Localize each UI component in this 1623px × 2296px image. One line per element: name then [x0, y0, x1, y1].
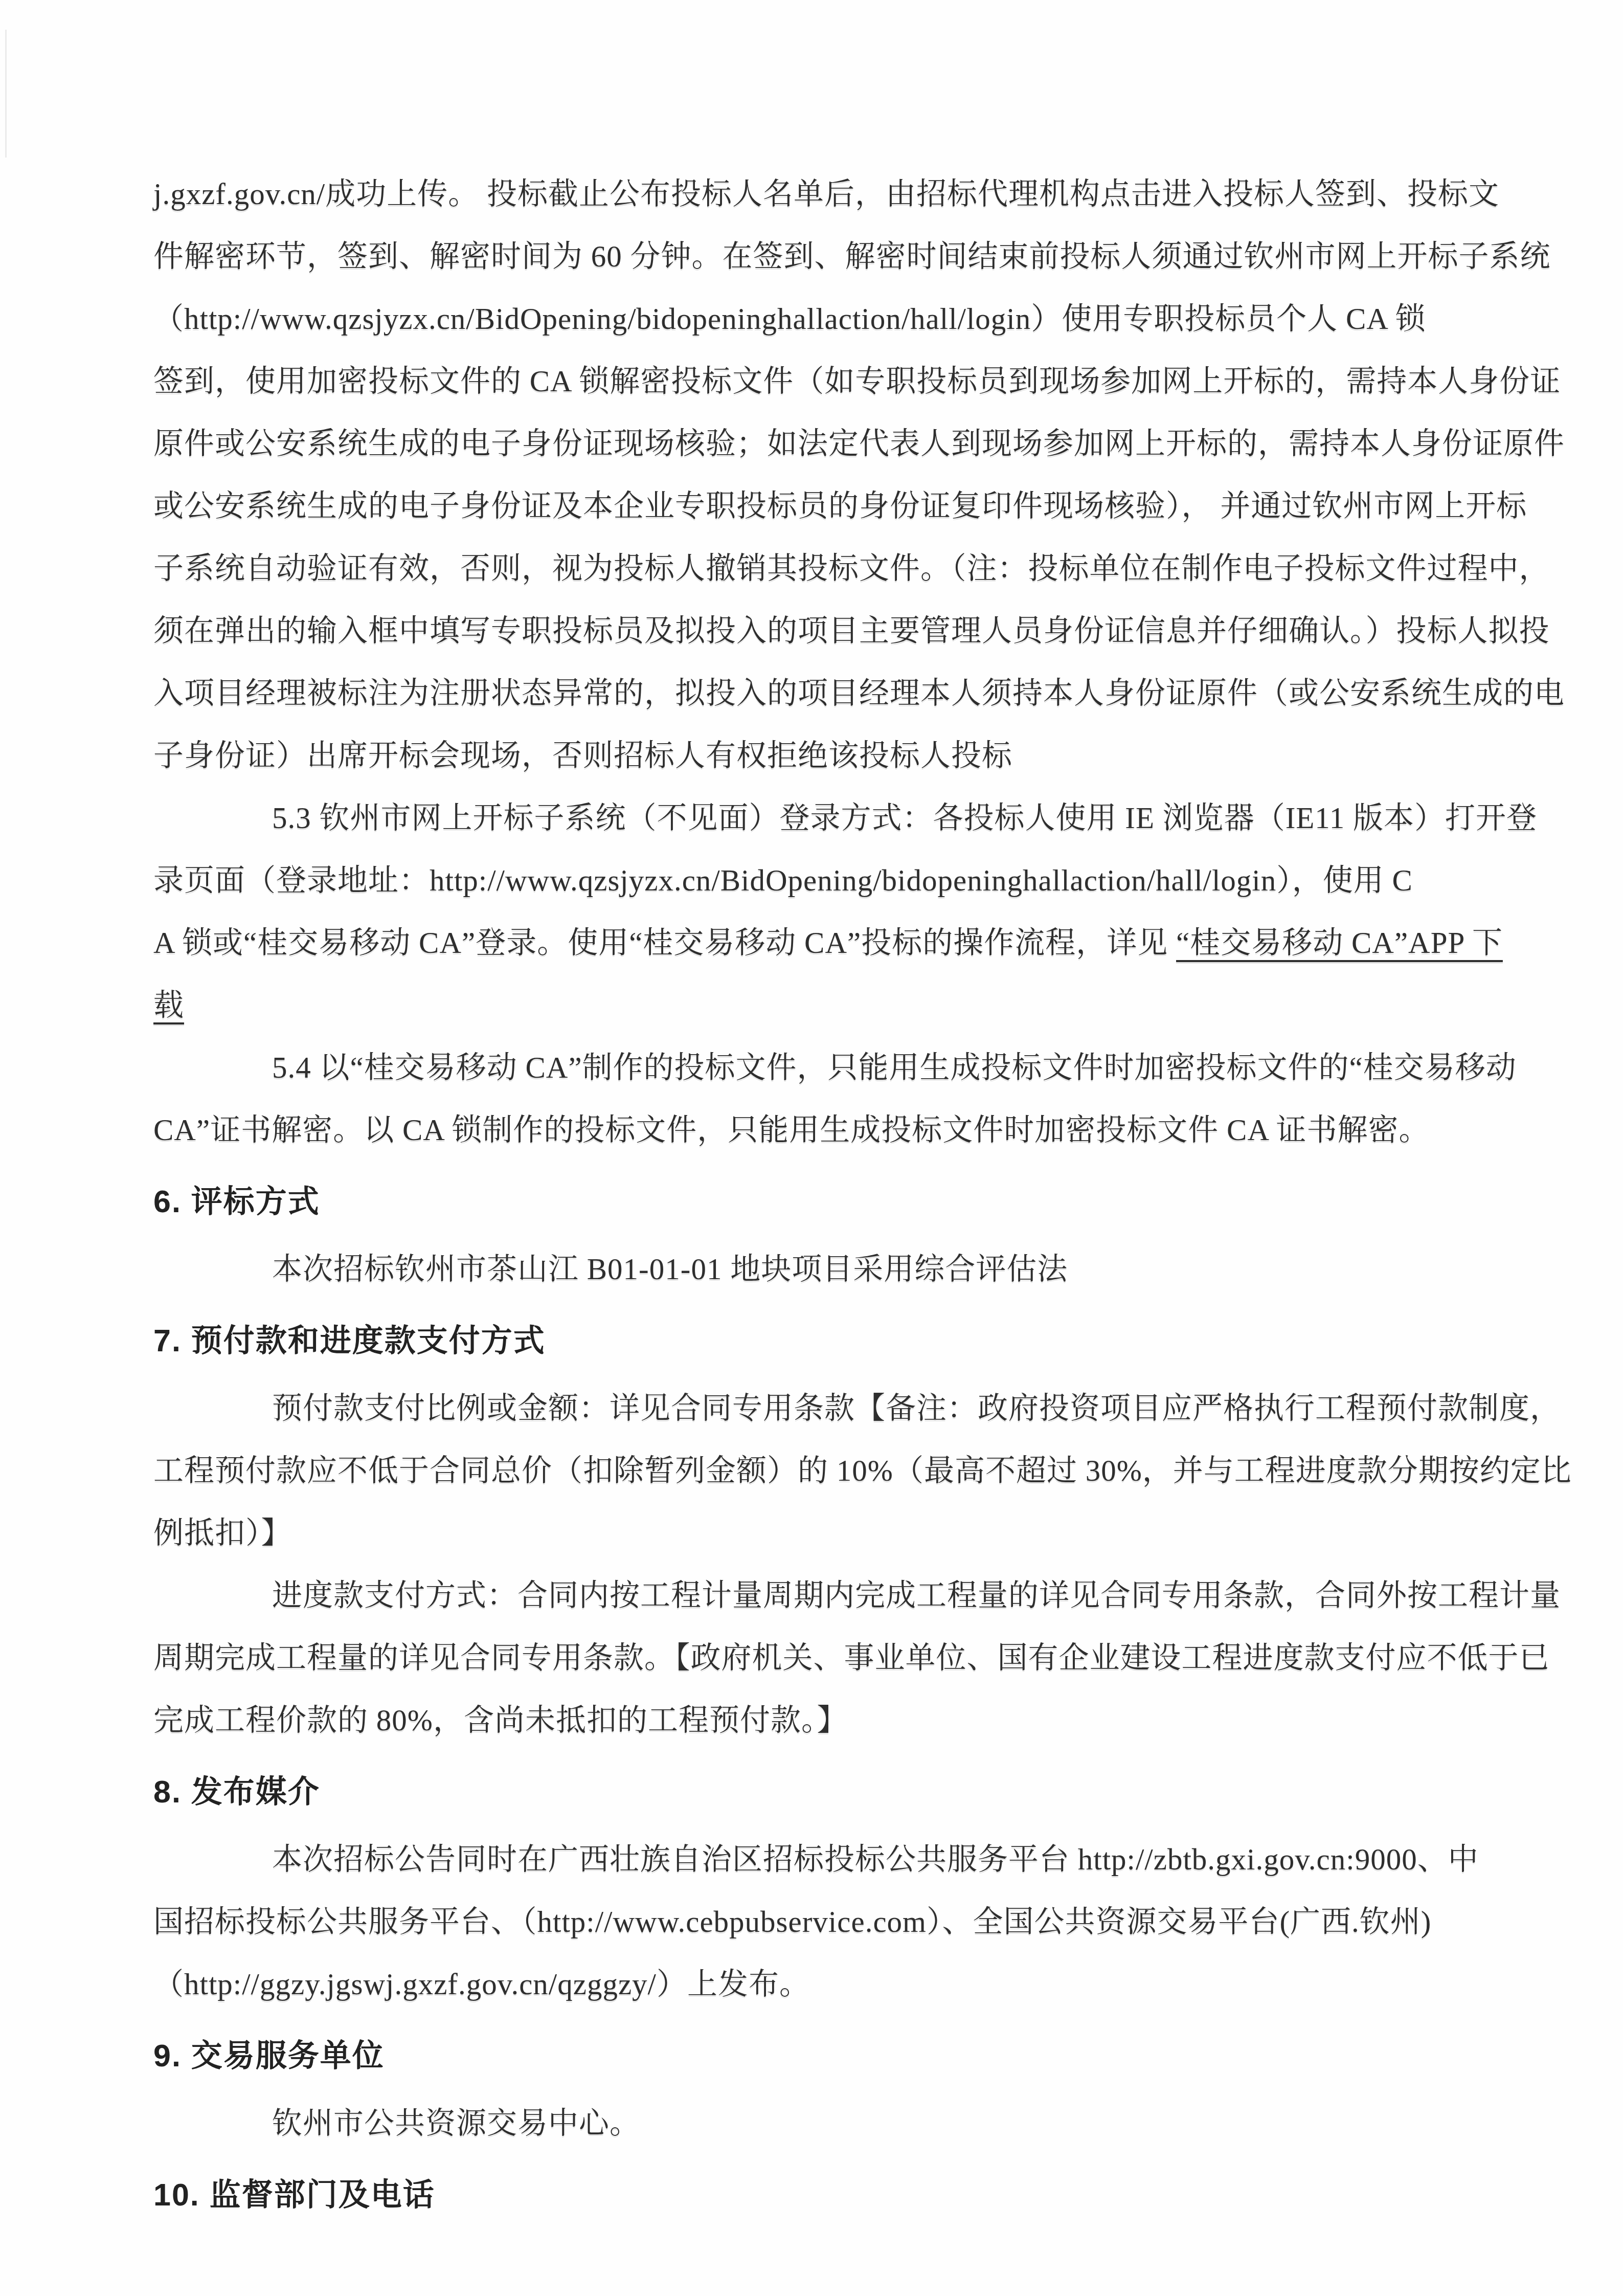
text-line: 进度款支付方式：合同内按工程计量周期内完成工程量的详见合同专用条款，合同外按工程… — [153, 1564, 1493, 1626]
text-line: 完成工程价款的 80%，含尚未抵扣的工程预付款。】 — [153, 1689, 1493, 1751]
heading-9-trading-service-unit: 9. 交易服务单位 — [153, 2024, 1493, 2087]
heading-7-payment-methods: 7. 预付款和进度款支付方式 — [153, 1309, 1493, 1372]
text-line: 本次招标公告同时在广西壮族自治区招标投标公共服务平台 http://zbtb.g… — [153, 1828, 1493, 1890]
text-line: 签到，使用加密投标文件的 CA 锁解密投标文件（如专职投标员到现场参加网上开标的… — [153, 350, 1493, 412]
text-line: 子系统自动验证有效，否则，视为投标人撤销其投标文件。（注：投标单位在制作电子投标… — [153, 537, 1493, 599]
text-line: 入项目经理被标注为注册状态异常的，拟投入的项目经理本人须持本人身份证原件（或公安… — [153, 662, 1493, 724]
section-7-progress-payment: 进度款支付方式：合同内按工程计量周期内完成工程量的详见合同专用条款，合同外按工程… — [153, 1564, 1493, 1751]
heading-6-evaluation-method: 6. 评标方式 — [153, 1170, 1493, 1233]
text-line: 例抵扣）】 — [153, 1502, 1493, 1564]
text-line: 子身份证）出席开标会现场，否则招标人有权拒绝该投标人投标 — [153, 724, 1493, 787]
text-line: 载 — [153, 974, 1493, 1036]
text-line: （http://www.qzsjyzx.cn/BidOpening/bidope… — [153, 287, 1493, 350]
text-line: 周期完成工程量的详见合同专用条款。【政府机关、事业单位、国有企业建设工程进度款支… — [153, 1626, 1493, 1689]
text-line: 国招标投标公共服务平台、（http://www.cebpubservice.co… — [153, 1890, 1493, 1953]
text-line: 本次招标钦州市茶山江 B01-01-01 地块项目采用综合评估法 — [153, 1238, 1493, 1300]
section-7-prepayment: 预付款支付比例或金额：详见合同专用条款【备注：政府投资项目应严格执行工程预付款制… — [153, 1377, 1493, 1564]
document-page: j.gxzf.gov.cn/成功上传。 投标截止公布投标人名单后，由招标代理机构… — [0, 0, 1623, 2296]
text-line: j.gxzf.gov.cn/成功上传。 投标截止公布投标人名单后，由招标代理机构… — [153, 163, 1493, 225]
text-line: 件解密环节，签到、解密时间为 60 分钟。在签到、解密时间结束前投标人须通过钦州… — [153, 225, 1493, 287]
text-line: A 锁或“桂交易移动 CA”登录。使用“桂交易移动 CA”投标的操作流程，详见 … — [153, 911, 1493, 974]
text-segment: A 锁或“桂交易移动 CA”登录。使用“桂交易移动 CA”投标的操作流程，详见 — [153, 926, 1176, 960]
text-line: 或公安系统生成的电子身份证及本企业专职投标员的身份证复印件现场核验）， 并通过钦… — [153, 475, 1493, 537]
paragraph-upload-signin: j.gxzf.gov.cn/成功上传。 投标截止公布投标人名单后，由招标代理机构… — [153, 163, 1493, 787]
text-line: 工程预付款应不低于合同总价（扣除暂列金额）的 10%（最高不超过 30%，并与工… — [153, 1439, 1493, 1502]
text-line: 原件或公安系统生成的电子身份证现场核验；如法定代表人到现场参加网上开标的，需持本… — [153, 412, 1493, 475]
text-line: （http://ggzy.jgswj.gxzf.gov.cn/qzggzy/）上… — [153, 1953, 1493, 2015]
text-line: CA”证书解密。以 CA 锁制作的投标文件，只能用生成投标文件时加密投标文件 C… — [153, 1099, 1493, 1161]
text-line: 钦州市公共资源交易中心。 — [153, 2092, 1493, 2154]
text-line: 5.4 以“桂交易移动 CA”制作的投标文件，只能用生成投标文件时加密投标文件的… — [153, 1036, 1493, 1099]
text-line: 预付款支付比例或金额：详见合同专用条款【备注：政府投资项目应严格执行工程预付款制… — [153, 1377, 1493, 1439]
section-6-body: 本次招标钦州市茶山江 B01-01-01 地块项目采用综合评估法 — [153, 1238, 1493, 1300]
text-line: 录页面（登录地址：http://www.qzsjyzx.cn/BidOpenin… — [153, 849, 1493, 911]
scan-artifact-line — [5, 30, 7, 158]
text-line: 5.3 钦州市网上开标子系统（不见面）登录方式：各投标人使用 IE 浏览器（IE… — [153, 787, 1493, 849]
section-5-3-login-method: 5.3 钦州市网上开标子系统（不见面）登录方式：各投标人使用 IE 浏览器（IE… — [153, 787, 1493, 1036]
section-8-body: 本次招标公告同时在广西壮族自治区招标投标公共服务平台 http://zbtb.g… — [153, 1828, 1493, 2015]
section-5-4-decryption-rule: 5.4 以“桂交易移动 CA”制作的投标文件，只能用生成投标文件时加密投标文件的… — [153, 1036, 1493, 1161]
section-9-body: 钦州市公共资源交易中心。 — [153, 2092, 1493, 2154]
gui-mobile-ca-app-download-link-continuation[interactable]: 载 — [153, 988, 184, 1022]
gui-mobile-ca-app-download-link[interactable]: “桂交易移动 CA”APP 下 — [1176, 926, 1503, 960]
heading-8-publishing-media: 8. 发布媒介 — [153, 1760, 1493, 1823]
document-content: j.gxzf.gov.cn/成功上传。 投标截止公布投标人名单后，由招标代理机构… — [153, 163, 1493, 2231]
text-line: 须在弹出的输入框中填写专职投标员及拟投入的项目主要管理人员身份证信息并仔细确认。… — [153, 599, 1493, 662]
heading-10-supervision-department: 10. 监督部门及电话 — [153, 2164, 1493, 2226]
